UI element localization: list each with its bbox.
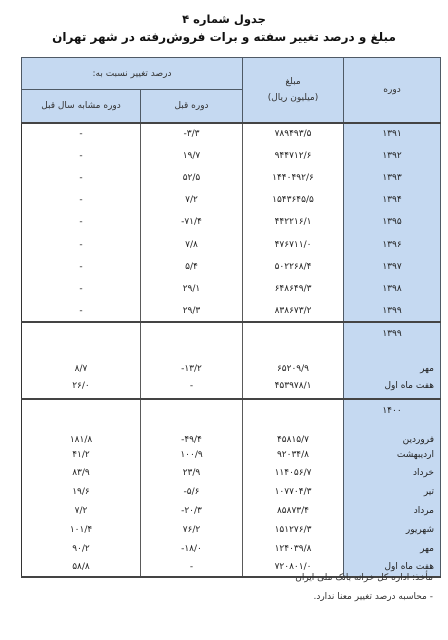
amount-cell: ۹۴۴۷۱۲/۶ bbox=[243, 145, 344, 167]
prev-change-cell: ۵/۴ bbox=[141, 256, 243, 278]
section-1400: ۱۴۰۰فروردین۴۵۸۱۵/۷-۴۹/۴۱۸۱/۸اردیبهشت۹۲۰۳… bbox=[22, 399, 441, 577]
section-year-label: ۱۴۰۰ bbox=[344, 399, 441, 421]
table-row: ۱۳۹۳۱۴۴۰۴۹۲/۶۵۲/۵- bbox=[22, 167, 441, 189]
empty-cell bbox=[22, 399, 141, 421]
yoy-change-cell: - bbox=[22, 145, 141, 167]
yoy-change-cell: ۱۰۱/۴ bbox=[22, 520, 141, 539]
amount-cell: ۸۵۸۷۳/۴ bbox=[243, 502, 344, 521]
annual-section: ۱۳۹۱۷۸۹۴۹۳/۵-۳/۳-۱۳۹۲۹۴۴۷۱۲/۶۱۹/۷-۱۳۹۳۱۴… bbox=[22, 123, 441, 323]
period-cell: ۱۳۹۸ bbox=[344, 278, 441, 300]
source-note: مأخذ: اداره کل خزانه بانک ملی ایران bbox=[295, 573, 433, 583]
amount-cell: ۱۴۴۰۴۹۲/۶ bbox=[243, 167, 344, 189]
prev-change-cell: ۷۶/۲ bbox=[141, 520, 243, 539]
amount-cell: ۷۸۹۴۹۳/۵ bbox=[243, 123, 344, 145]
dash-note: - محاسبه درصد تغییر معنا ندارد. bbox=[313, 592, 433, 602]
yoy-change-cell: - bbox=[22, 300, 141, 322]
section-year-row: ۱۴۰۰ bbox=[22, 399, 441, 421]
table-row: مهر۱۲۴۰۳۹/۸-۱۸/۰۹۰/۲ bbox=[22, 539, 441, 558]
data-table: دوره مبلغ (میلیون ریال) درصد تغییر نسبت … bbox=[21, 57, 441, 578]
table-row: مرداد۸۵۸۷۳/۴-۲۰/۳۷/۲ bbox=[22, 502, 441, 521]
prev-change-cell: -۷۱/۴ bbox=[141, 211, 243, 233]
period-cell: مرداد bbox=[344, 502, 441, 521]
period-cell: فروردین bbox=[344, 421, 441, 445]
period-cell: شهریور bbox=[344, 520, 441, 539]
prev-change-cell: ۱۹/۷ bbox=[141, 145, 243, 167]
prev-change-cell: ۷/۲ bbox=[141, 189, 243, 211]
yoy-change-cell: - bbox=[22, 211, 141, 233]
yoy-change-cell: ۸/۷ bbox=[22, 344, 141, 374]
table-row: ۱۳۹۲۹۴۴۷۱۲/۶۱۹/۷- bbox=[22, 145, 441, 167]
amount-cell: ۱۰۷۷۰۴/۳ bbox=[243, 483, 344, 502]
period-cell: تیر bbox=[344, 483, 441, 502]
empty-cell bbox=[243, 399, 344, 421]
amount-cell: ۴۵۸۱۵/۷ bbox=[243, 421, 344, 445]
yoy-change-cell: - bbox=[22, 278, 141, 300]
empty-cell bbox=[141, 322, 243, 344]
period-cell: ۱۳۹۱ bbox=[344, 123, 441, 145]
yoy-change-cell: - bbox=[22, 256, 141, 278]
amount-cell: ۶۴۸۶۴۹/۳ bbox=[243, 278, 344, 300]
prev-change-cell: - bbox=[141, 374, 243, 399]
prev-change-cell: ۲۳/۹ bbox=[141, 464, 243, 483]
prev-change-cell: -۱۳/۲ bbox=[141, 344, 243, 374]
prev-change-cell: ۲۹/۱ bbox=[141, 278, 243, 300]
section-year-row: ۱۳۹۹ bbox=[22, 322, 441, 344]
yoy-change-cell: ۲۶/۰ bbox=[22, 374, 141, 399]
prev-change-cell: ۲۹/۳ bbox=[141, 300, 243, 322]
amount-cell: ۱۵۱۲۷۶/۳ bbox=[243, 520, 344, 539]
empty-cell bbox=[243, 322, 344, 344]
yoy-change-cell: ۱۸۱/۸ bbox=[22, 421, 141, 445]
table-number-title: جدول شماره ۴ bbox=[0, 12, 448, 26]
amount-cell: ۱۵۴۳۶۴۵/۵ bbox=[243, 189, 344, 211]
yoy-change-cell: ۵۸/۸ bbox=[22, 558, 141, 577]
header-change-group: درصد تغییر نسبت به: bbox=[22, 58, 243, 90]
period-cell: ۱۳۹۷ bbox=[344, 256, 441, 278]
header-period: دوره bbox=[344, 58, 441, 123]
prev-change-cell: ۵۲/۵ bbox=[141, 167, 243, 189]
table-row: تیر۱۰۷۷۰۴/۳-۵/۶۱۹/۶ bbox=[22, 483, 441, 502]
table-row: ۱۳۹۸۶۴۸۶۴۹/۳۲۹/۱- bbox=[22, 278, 441, 300]
yoy-change-cell: ۹۰/۲ bbox=[22, 539, 141, 558]
table-row: شهریور۱۵۱۲۷۶/۳۷۶/۲۱۰۱/۴ bbox=[22, 520, 441, 539]
yoy-change-cell: - bbox=[22, 189, 141, 211]
yoy-change-cell: ۱۹/۶ bbox=[22, 483, 141, 502]
prev-change-cell: -۳/۳ bbox=[141, 123, 243, 145]
amount-cell: ۴۴۲۲۱۶/۱ bbox=[243, 211, 344, 233]
prev-change-cell: ۷/۸ bbox=[141, 233, 243, 255]
amount-cell: ۹۲۰۳۴/۸ bbox=[243, 445, 344, 464]
prev-change-cell: -۵/۶ bbox=[141, 483, 243, 502]
amount-cell: ۸۳۸۶۷۳/۲ bbox=[243, 300, 344, 322]
yoy-change-cell: - bbox=[22, 233, 141, 255]
table-row: خرداد۱۱۴۰۵۶/۷۲۳/۹۸۳/۹ bbox=[22, 464, 441, 483]
period-cell: ۱۳۹۵ bbox=[344, 211, 441, 233]
section-year-label: ۱۳۹۹ bbox=[344, 322, 441, 344]
period-cell: خرداد bbox=[344, 464, 441, 483]
prev-change-cell: -۱۸/۰ bbox=[141, 539, 243, 558]
table-row: ۱۳۹۵۴۴۲۲۱۶/۱-۷۱/۴- bbox=[22, 211, 441, 233]
period-cell: ۱۳۹۶ bbox=[344, 233, 441, 255]
period-cell: مهر bbox=[344, 539, 441, 558]
yoy-change-cell: ۷/۲ bbox=[22, 502, 141, 521]
table-row: ۱۳۹۴۱۵۴۳۶۴۵/۵۷/۲- bbox=[22, 189, 441, 211]
period-cell: اردیبهشت bbox=[344, 445, 441, 464]
table-row: مهر۶۵۲۰۹/۹-۱۳/۲۸/۷ bbox=[22, 344, 441, 374]
empty-cell bbox=[22, 322, 141, 344]
header-amount-unit: (میلیون ریال) bbox=[243, 93, 343, 103]
prev-change-cell: ۱۰۰/۹ bbox=[141, 445, 243, 464]
table-row: فروردین۴۵۸۱۵/۷-۴۹/۴۱۸۱/۸ bbox=[22, 421, 441, 445]
empty-cell bbox=[141, 399, 243, 421]
period-cell: ۱۳۹۳ bbox=[344, 167, 441, 189]
amount-cell: ۱۲۴۰۳۹/۸ bbox=[243, 539, 344, 558]
period-cell: ۱۳۹۹ bbox=[344, 300, 441, 322]
period-cell: هفت ماه اول bbox=[344, 374, 441, 399]
amount-cell: ۵۰۲۲۶۸/۴ bbox=[243, 256, 344, 278]
table-row: ۱۳۹۷۵۰۲۲۶۸/۴۵/۴- bbox=[22, 256, 441, 278]
header-yoy: دوره مشابه سال قبل bbox=[22, 90, 141, 123]
period-cell: مهر bbox=[344, 344, 441, 374]
header-amount-label: مبلغ bbox=[243, 77, 343, 87]
yoy-change-cell: ۸۳/۹ bbox=[22, 464, 141, 483]
table-row: ۱۳۹۱۷۸۹۴۹۳/۵-۳/۳- bbox=[22, 123, 441, 145]
yoy-change-cell: - bbox=[22, 167, 141, 189]
period-cell: ۱۳۹۴ bbox=[344, 189, 441, 211]
table-row: اردیبهشت۹۲۰۳۴/۸۱۰۰/۹۴۱/۲ bbox=[22, 445, 441, 464]
period-cell: ۱۳۹۲ bbox=[344, 145, 441, 167]
amount-cell: ۱۱۴۰۵۶/۷ bbox=[243, 464, 344, 483]
header-prev-period: دوره قبل bbox=[141, 90, 243, 123]
yoy-change-cell: ۴۱/۲ bbox=[22, 445, 141, 464]
table-title: مبلغ و درصد تغییر سفته و برات فروش‌رفته … bbox=[0, 30, 448, 44]
prev-change-cell: - bbox=[141, 558, 243, 577]
prev-change-cell: -۲۰/۳ bbox=[141, 502, 243, 521]
amount-cell: ۴۵۳۹۷۸/۱ bbox=[243, 374, 344, 399]
amount-cell: ۶۵۲۰۹/۹ bbox=[243, 344, 344, 374]
amount-cell: ۴۷۶۷۱۱/۰ bbox=[243, 233, 344, 255]
table-row: ۱۳۹۹۸۳۸۶۷۳/۲۲۹/۳- bbox=[22, 300, 441, 322]
section-1399: ۱۳۹۹مهر۶۵۲۰۹/۹-۱۳/۲۸/۷هفت ماه اول۴۵۳۹۷۸/… bbox=[22, 322, 441, 399]
prev-change-cell: -۴۹/۴ bbox=[141, 421, 243, 445]
table-row: هفت ماه اول۴۵۳۹۷۸/۱-۲۶/۰ bbox=[22, 374, 441, 399]
table-row: ۱۳۹۶۴۷۶۷۱۱/۰۷/۸- bbox=[22, 233, 441, 255]
yoy-change-cell: - bbox=[22, 123, 141, 145]
header-amount: مبلغ (میلیون ریال) bbox=[243, 58, 344, 123]
